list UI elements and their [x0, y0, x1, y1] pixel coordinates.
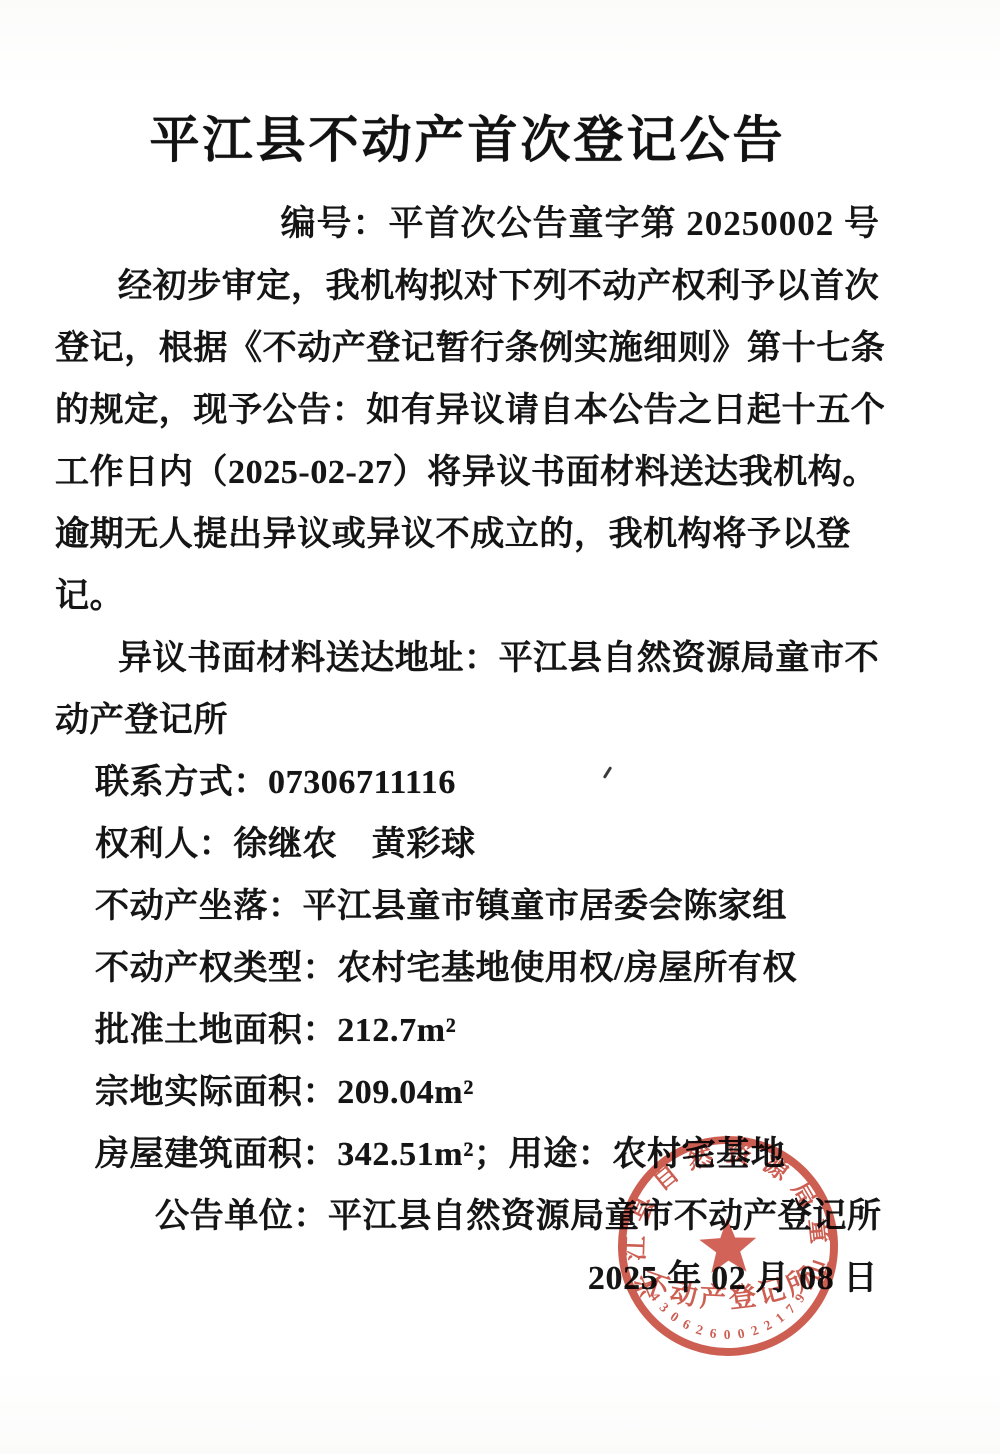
body-line: 登记，根据《不动产登记暂行条例实施细则》第十七条: [55, 318, 880, 380]
body-line: 动产登记所: [55, 690, 880, 752]
body-line: 记。: [55, 566, 880, 628]
body-line: 公告单位：平江县自然资源局童市不动产登记所: [55, 1186, 880, 1248]
body-line: 异议书面材料送达地址：平江县自然资源局童市不: [55, 628, 880, 690]
page-title: 平江县不动产首次登记公告: [55, 112, 880, 168]
document-page: 平江县不动产首次登记公告 编号：平首次公告童字第 20250002 号 经初步审…: [0, 0, 1000, 1454]
body-line: 联系方式：07306711116: [55, 752, 880, 814]
document-content: 平江县不动产首次登记公告 编号：平首次公告童字第 20250002 号 经初步审…: [55, 0, 880, 1310]
body-line: 工作日内（2025-02-27）将异议书面材料送达我机构。: [55, 442, 880, 504]
body-line: 2025 年 02 月 08 日: [55, 1248, 880, 1310]
body-line: 房屋建筑面积：342.51m²；用途：农村宅基地: [55, 1124, 880, 1186]
body-line: 宗地实际面积：209.04m²: [55, 1062, 880, 1124]
body-line: 不动产权类型：农村宅基地使用权/房屋所有权: [55, 938, 880, 1000]
document-body: 经初步审定，我机构拟对下列不动产权利予以首次登记，根据《不动产登记暂行条例实施细…: [55, 256, 880, 1310]
doc-number: 编号：平首次公告童字第 20250002 号: [55, 204, 880, 244]
body-line: 不动产坐落：平江县童市镇童市居委会陈家组: [55, 876, 880, 938]
body-line: 逾期无人提出异议或异议不成立的，我机构将予以登: [55, 504, 880, 566]
body-line: 批准土地面积：212.7m²: [55, 1000, 880, 1062]
body-line: 权利人：徐继农 黄彩球: [55, 814, 880, 876]
body-line: 经初步审定，我机构拟对下列不动产权利予以首次: [55, 256, 880, 318]
body-line: 的规定，现予公告：如有异议请自本公告之日起十五个: [55, 380, 880, 442]
